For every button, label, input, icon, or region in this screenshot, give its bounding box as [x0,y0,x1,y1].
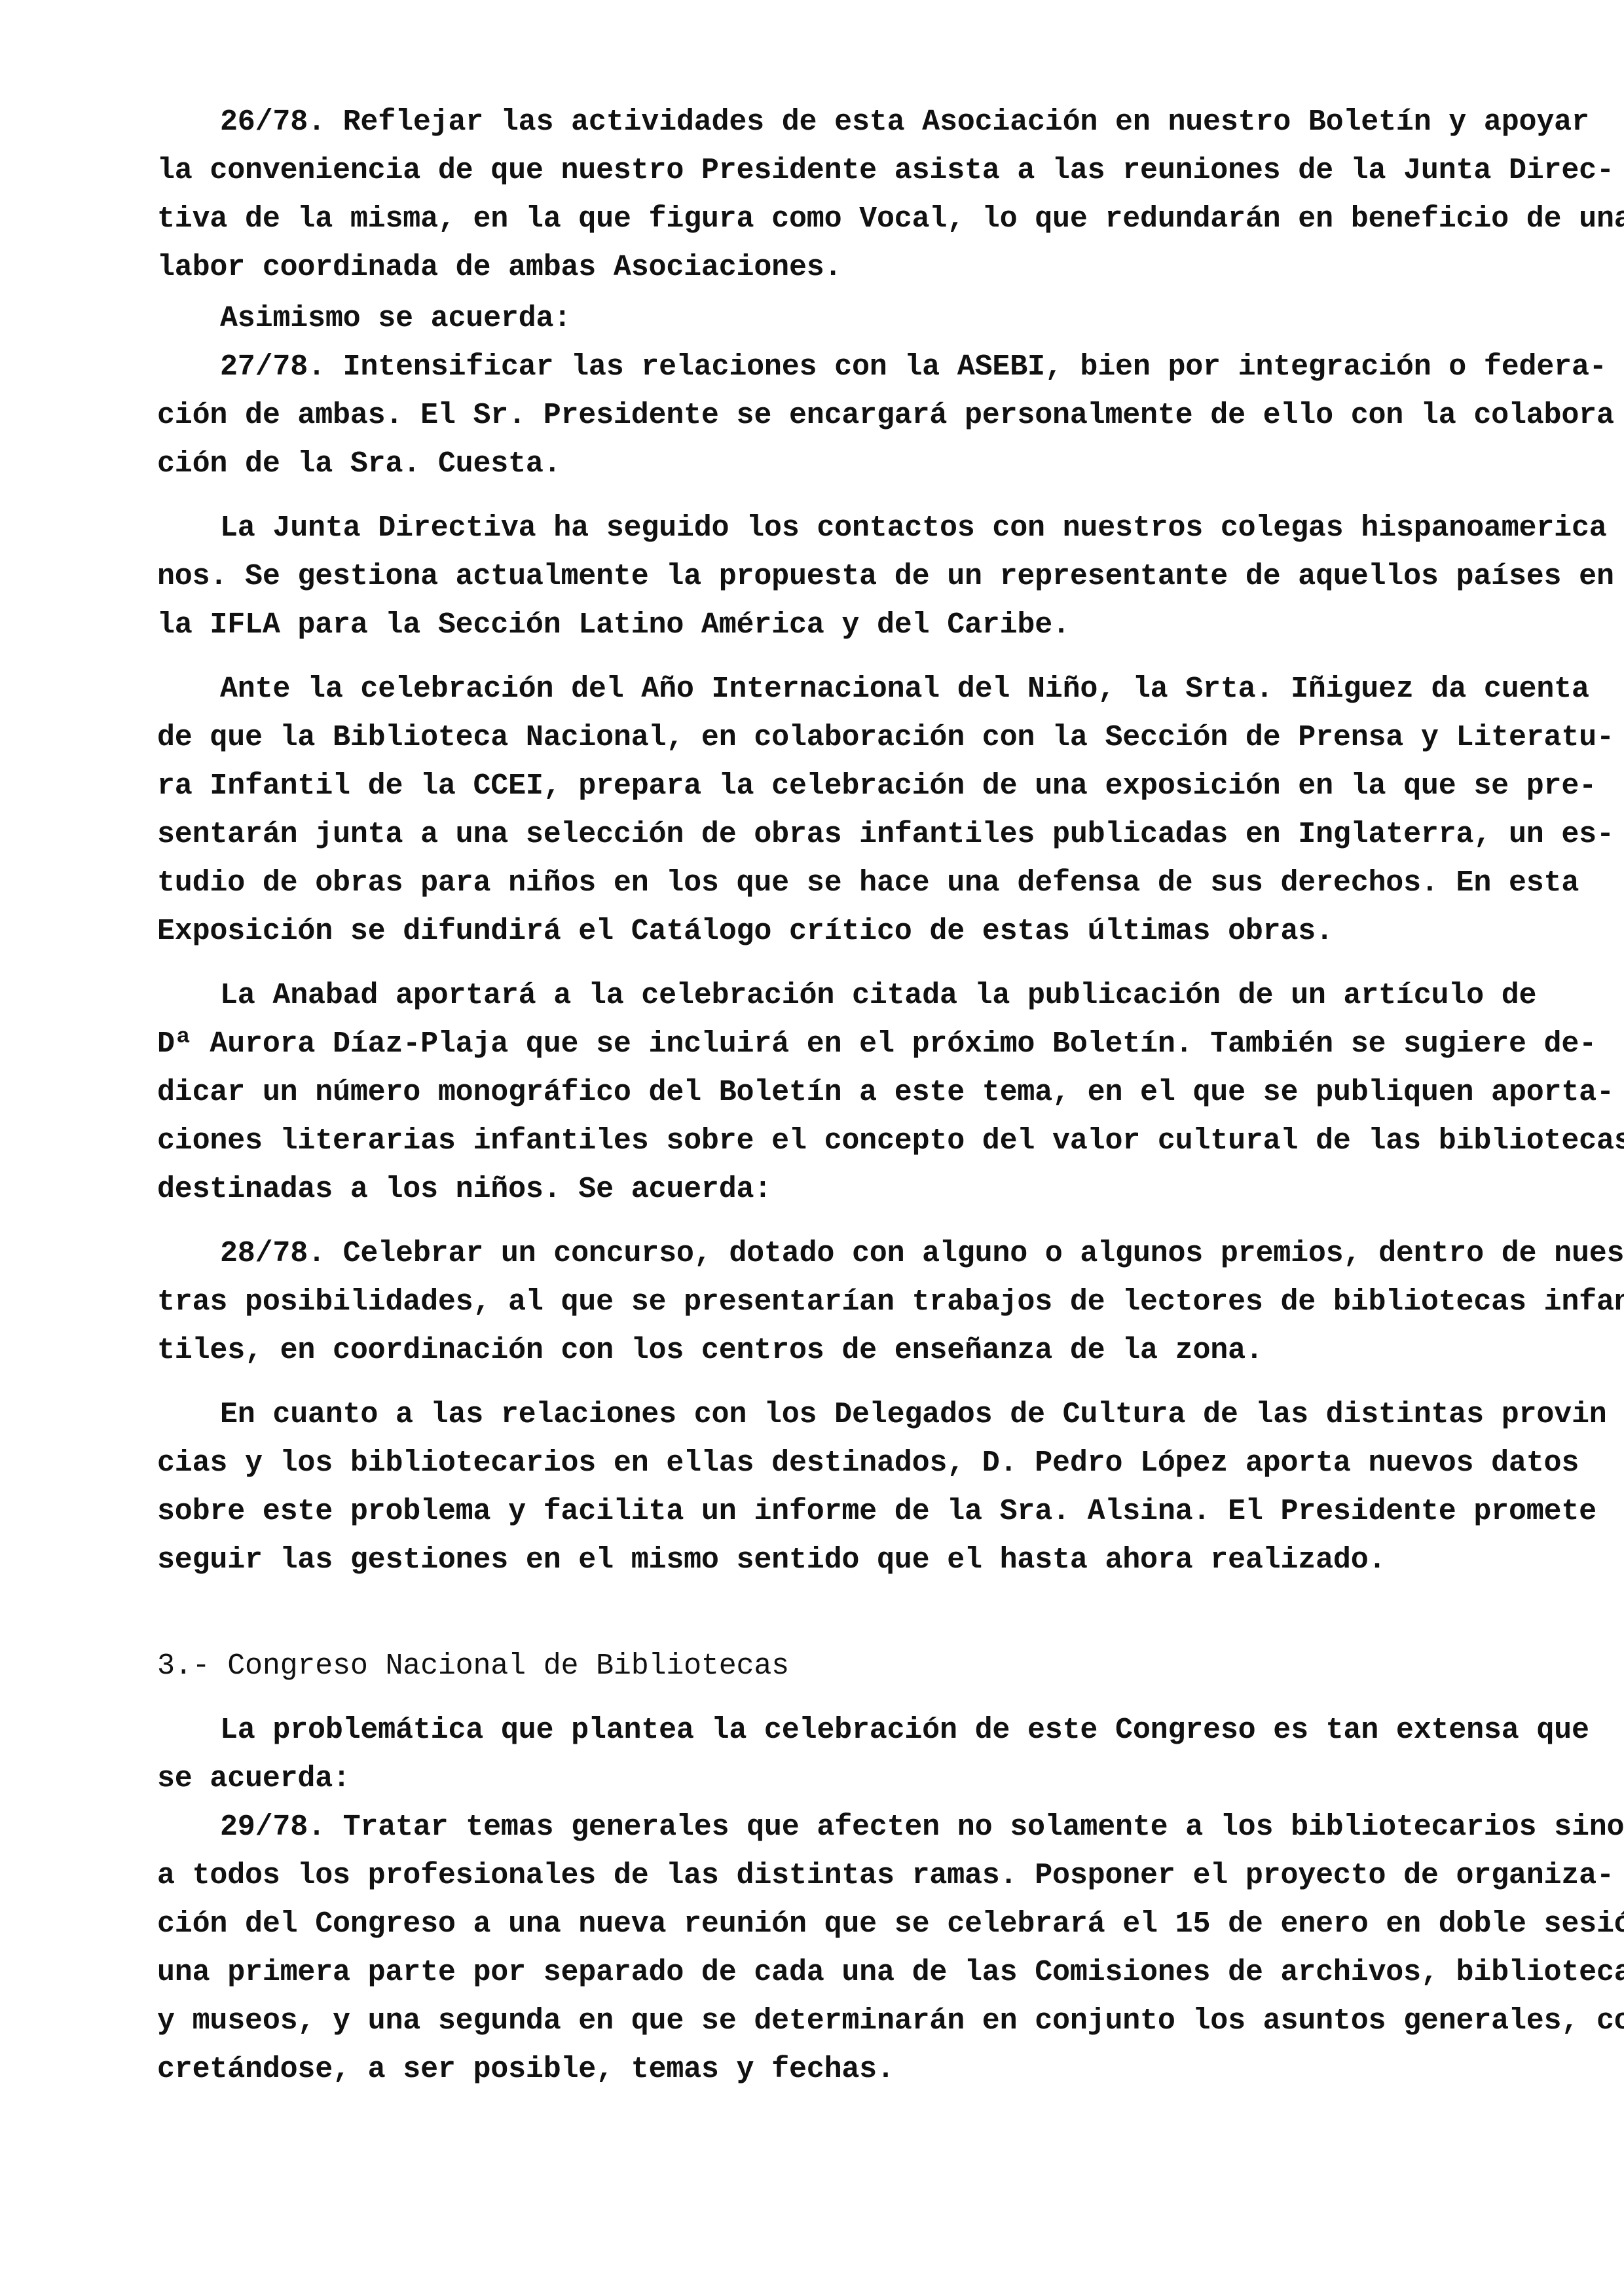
text-line: La Anabad aportará a la celebración cita… [220,972,1536,1020]
text-line: Exposición se difundirá el Catálogo crít… [157,908,1333,956]
text-line: 26/78. Reflejar las actividades de esta … [220,98,1589,147]
text-line: destinadas a los niños. Se acuerda: [157,1166,771,1214]
section-heading: 3.- Congreso Nacional de Bibliotecas [157,1642,789,1691]
text-line: La problemática que plantea la celebraci… [220,1706,1589,1755]
text-line: Asimismo se acuerda: [220,295,571,343]
text-line: ciones literarias infantiles sobre el co… [157,1117,1624,1166]
text-line: dicar un número monográfico del Boletín … [157,1069,1614,1117]
text-line: ción del Congreso a una nueva reunión qu… [157,1900,1624,1949]
text-line: labor coordinada de ambas Asociaciones. [157,244,841,292]
text-line: Dª Aurora Díaz-Plaja que se incluirá en … [157,1020,1596,1069]
text-line: 27/78. Intensificar las relaciones con l… [220,343,1607,392]
text-line: cias y los bibliotecarios en ellas desti… [157,1439,1579,1488]
text-line: seguir las gestiones en el mismo sentido… [157,1536,1386,1585]
text-line: una primera parte por separado de cada u… [157,1949,1624,1997]
text-line: ra Infantil de la CCEI, prepara la celeb… [157,762,1596,811]
text-line: ción de la Sra. Cuesta. [157,440,561,488]
text-line: sobre este problema y facilita un inform… [157,1488,1596,1536]
text-line: sentarán junta a una selección de obras … [157,811,1614,859]
text-line: tiva de la misma, en la que figura como … [157,195,1624,244]
text-line: ción de ambas. El Sr. Presidente se enca… [157,392,1614,440]
text-line: nos. Se gestiona actualmente la propuest… [157,553,1614,601]
text-line: de que la Biblioteca Nacional, en colabo… [157,714,1614,762]
text-line: En cuanto a las relaciones con los Deleg… [220,1391,1607,1439]
text-line: la IFLA para la Sección Latino América y… [157,601,1070,650]
text-line: y museos, y una segunda en que se determ… [157,1997,1624,2046]
text-line: tudio de obras para niños en los que se … [157,859,1579,908]
text-line: a todos los profesionales de las distint… [157,1852,1614,1900]
text-line: 28/78. Celebrar un concurso, dotado con … [220,1230,1624,1278]
text-line: la conveniencia de que nuestro President… [157,147,1614,195]
text-line: cretándose, a ser posible, temas y fecha… [157,2046,895,2094]
text-line: 29/78. Tratar temas generales que afecte… [220,1803,1624,1852]
text-line: se acuerda: [157,1755,350,1803]
text-line: La Junta Directiva ha seguido los contac… [220,504,1607,553]
text-line: tiles, en coordinación con los centros d… [157,1327,1263,1375]
text-line: Ante la celebración del Año Internaciona… [220,665,1589,714]
text-line: tras posibilidades, al que se presentarí… [157,1278,1624,1327]
